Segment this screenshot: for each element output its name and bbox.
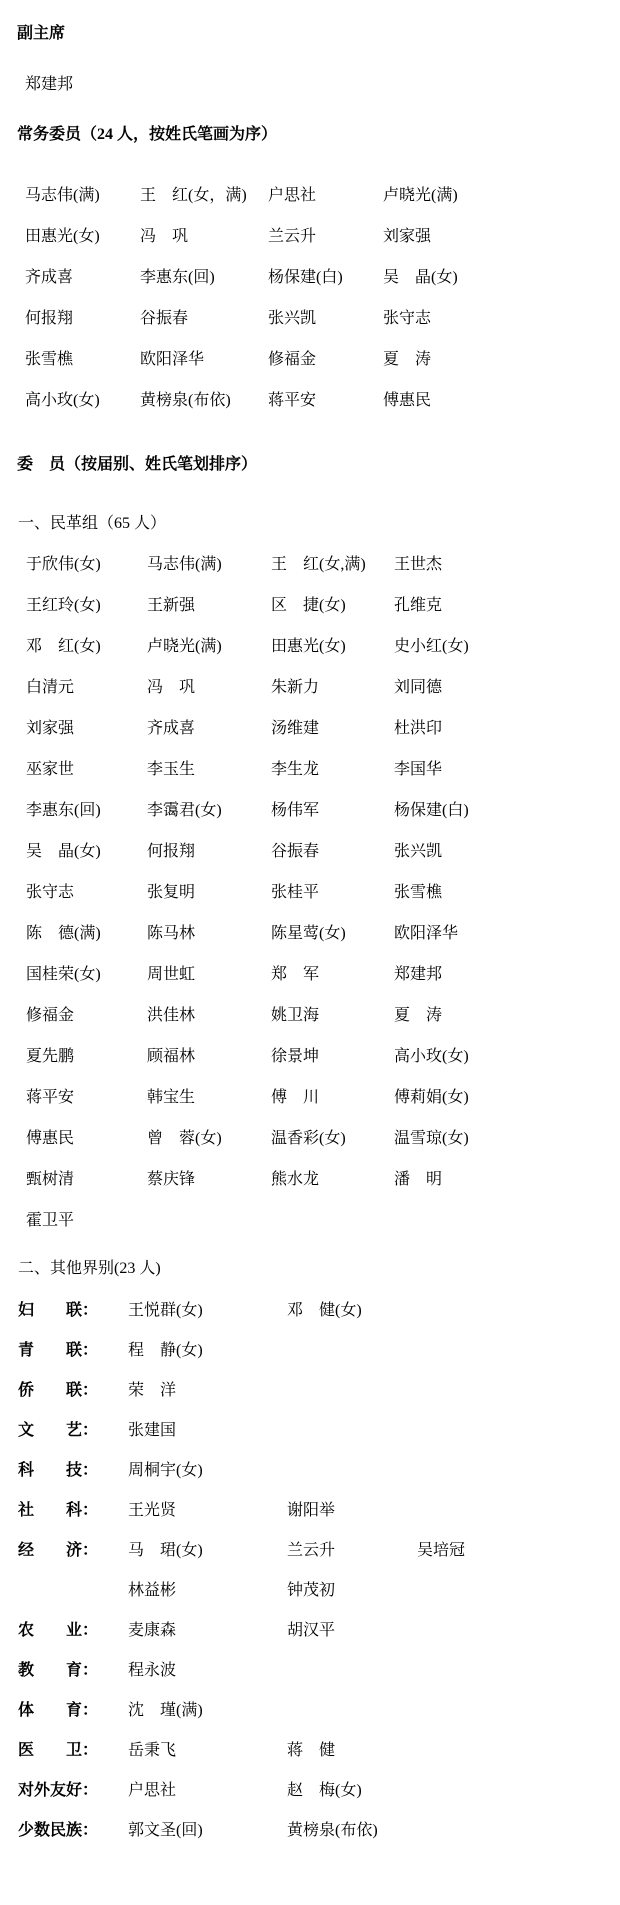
category-row: 农 业：麦康森胡汉平 [18, 1611, 620, 1651]
category-label: 科 技： [18, 1451, 128, 1491]
member-row: 吴 晶(女)何报翔谷振春张兴凯 [26, 831, 620, 872]
other-groups-list: 妇 联：王悦群(女)邓 健(女)青 联：程 静(女)侨 联：荣 洋文 艺：张建国… [0, 1291, 620, 1905]
member-name: 钟茂初 [287, 1571, 417, 1611]
category-label: 少数民族： [18, 1811, 128, 1851]
member-name: 程永波 [128, 1651, 287, 1691]
member-row: 国桂荣(女)周世虹郑 军郑建邦 [26, 954, 620, 995]
member-name [417, 1811, 620, 1851]
minge-group-list: 于欣伟(女)马志伟(满)王 红(女,满)王世杰王红玲(女)王新强区 捷(女)孔维… [0, 544, 620, 1241]
member-name: 巫家世 [26, 749, 147, 790]
member-name: 郑 军 [271, 954, 394, 995]
member-name: 冯 巩 [140, 216, 268, 257]
member-name: 高小玫(女) [394, 1036, 620, 1077]
member-name: 谷振春 [271, 831, 394, 872]
member-name: 洪佳林 [147, 995, 271, 1036]
member-row: 刘家强齐成喜汤维建杜洪印 [26, 708, 620, 749]
member-name: 张建国 [128, 1411, 287, 1451]
member-name: 兰云升 [268, 216, 383, 257]
member-name: 史小红(女) [394, 626, 620, 667]
member-name: 荣 洋 [128, 1371, 287, 1411]
member-name: 张桂平 [271, 872, 394, 913]
member-name: 赵 梅(女) [287, 1771, 417, 1811]
member-name: 白清元 [26, 667, 147, 708]
member-name: 沈 瑾(满) [128, 1691, 287, 1731]
member-row: 王红玲(女)王新强区 捷(女)孔维克 [26, 585, 620, 626]
member-row: 蒋平安韩宝生傅 川傅莉娟(女) [26, 1077, 620, 1118]
group1-title: 一、民革组（65 人） [18, 514, 620, 534]
member-name: 冯 巩 [147, 667, 271, 708]
member-row: 霍卫平 [26, 1200, 620, 1241]
member-name: 王世杰 [394, 544, 620, 585]
member-name: 国桂荣(女) [26, 954, 147, 995]
member-row: 巫家世李玉生李生龙李国华 [26, 749, 620, 790]
category-label: 体 育： [18, 1691, 128, 1731]
member-name: 卢晓光(满) [147, 626, 271, 667]
member-name: 王红玲(女) [26, 585, 147, 626]
category-label: 文 艺： [18, 1411, 128, 1451]
category-row: 文 艺：张建国 [18, 1411, 620, 1451]
member-name: 杨保建(白) [394, 790, 620, 831]
member-name: 马志伟(满) [25, 175, 140, 216]
member-name: 修福金 [268, 339, 383, 380]
category-label: 农 业： [18, 1611, 128, 1651]
member-name: 谢阳举 [287, 1491, 417, 1531]
member-name: 何报翔 [147, 831, 271, 872]
member-name [287, 1691, 417, 1731]
member-name: 王 红(女,满) [271, 544, 394, 585]
member-name [417, 1411, 620, 1451]
member-name [287, 1411, 417, 1451]
category-row: 医 卫：岳秉飞蒋 健 [18, 1731, 620, 1771]
member-name: 李玉生 [147, 749, 271, 790]
category-label: 侨 联： [18, 1371, 128, 1411]
member-name: 马志伟(满) [147, 544, 271, 585]
member-name: 张雪樵 [25, 339, 140, 380]
member-name: 熊水龙 [271, 1159, 394, 1200]
member-name: 修福金 [26, 995, 147, 1036]
member-name [147, 1200, 271, 1241]
category-row: 青 联：程 静(女) [18, 1331, 620, 1371]
member-name: 高小玫(女) [25, 380, 140, 421]
member-name: 田惠光(女) [271, 626, 394, 667]
member-name: 吴 晶(女) [383, 257, 620, 298]
member-name [417, 1331, 620, 1371]
category-row: 社 科：王光贤谢阳举 [18, 1491, 620, 1531]
member-name: 刘家强 [26, 708, 147, 749]
member-name: 欧阳泽华 [394, 913, 620, 954]
member-name: 张雪樵 [394, 872, 620, 913]
member-name: 夏 涛 [394, 995, 620, 1036]
vice-chairman-name: 郑建邦 [25, 75, 620, 95]
members-heading: 委 员（按届别、姓氏笔划排序） [17, 455, 620, 475]
member-name: 胡汉平 [287, 1611, 417, 1651]
category-label: 妇 联： [18, 1291, 128, 1331]
member-name: 夏 涛 [383, 339, 620, 380]
category-row: 教 育：程永波 [18, 1651, 620, 1691]
member-name: 齐成喜 [25, 257, 140, 298]
member-name: 区 捷(女) [271, 585, 394, 626]
member-row: 田惠光(女)冯 巩兰云升刘家强 [25, 216, 620, 257]
member-name: 李霭君(女) [147, 790, 271, 831]
member-name: 孔维克 [394, 585, 620, 626]
member-name: 邓 健(女) [287, 1291, 417, 1331]
category-row: 林益彬钟茂初 [18, 1571, 620, 1611]
member-name [417, 1491, 620, 1531]
member-name: 黄榜泉(布依) [140, 380, 268, 421]
member-name: 黄榜泉(布依) [287, 1811, 417, 1851]
member-name: 邓 红(女) [26, 626, 147, 667]
member-name: 麦康森 [128, 1611, 287, 1651]
member-name: 林益彬 [128, 1571, 287, 1611]
member-row: 邓 红(女)卢晓光(满)田惠光(女)史小红(女) [26, 626, 620, 667]
member-name: 李惠东(回) [26, 790, 147, 831]
member-name: 卢晓光(满) [383, 175, 620, 216]
member-name: 李国华 [394, 749, 620, 790]
member-name [394, 1200, 620, 1241]
member-name: 夏先鹏 [26, 1036, 147, 1077]
member-name: 郭文圣(回) [128, 1811, 287, 1851]
category-row: 科 技：周桐宇(女) [18, 1451, 620, 1491]
category-label: 教 育： [18, 1651, 128, 1691]
member-name [417, 1611, 620, 1651]
member-name: 户思社 [268, 175, 383, 216]
member-name: 何报翔 [25, 298, 140, 339]
category-row: 少数民族：郭文圣(回)黄榜泉(布依) [18, 1811, 620, 1851]
member-name: 张兴凯 [394, 831, 620, 872]
member-name: 李惠东(回) [140, 257, 268, 298]
member-name: 傅 川 [271, 1077, 394, 1118]
category-label: 青 联： [18, 1331, 128, 1371]
member-row: 夏先鹏顾福林徐景坤高小玫(女) [26, 1036, 620, 1077]
member-name [417, 1731, 620, 1771]
category-row: 经 济：马 珺(女)兰云升吴培冠 [18, 1531, 620, 1571]
member-row: 于欣伟(女)马志伟(满)王 红(女,满)王世杰 [26, 544, 620, 585]
member-name: 王 红(女，满) [140, 175, 268, 216]
member-name: 王悦群(女) [128, 1291, 287, 1331]
member-name: 姚卫海 [271, 995, 394, 1036]
category-row: 侨 联：荣 洋 [18, 1371, 620, 1411]
document: 副主席 郑建邦 常务委员（24 人，按姓氏笔画为序） 马志伟(满)王 红(女，满… [0, 0, 620, 1905]
category-label: 医 卫： [18, 1731, 128, 1771]
member-row: 张雪樵欧阳泽华修福金夏 涛 [25, 339, 620, 380]
member-name: 蔡庆锋 [147, 1159, 271, 1200]
member-name: 马 珺(女) [128, 1531, 287, 1571]
category-label [18, 1571, 128, 1611]
member-name: 张兴凯 [268, 298, 383, 339]
member-name: 周桐宇(女) [128, 1451, 287, 1491]
member-name [417, 1571, 620, 1611]
member-name: 兰云升 [287, 1531, 417, 1571]
member-name: 傅惠民 [26, 1118, 147, 1159]
member-name: 温香彩(女) [271, 1118, 394, 1159]
member-name [417, 1291, 620, 1331]
member-name [417, 1371, 620, 1411]
member-row: 高小玫(女)黄榜泉(布依)蒋平安傅惠民 [25, 380, 620, 421]
member-name: 王新强 [147, 585, 271, 626]
member-name [287, 1651, 417, 1691]
member-name: 张复明 [147, 872, 271, 913]
member-name: 徐景坤 [271, 1036, 394, 1077]
member-name: 汤维建 [271, 708, 394, 749]
member-name: 张守志 [383, 298, 620, 339]
category-label: 经 济： [18, 1531, 128, 1571]
member-name [417, 1451, 620, 1491]
member-name [287, 1331, 417, 1371]
member-name: 曾 蓉(女) [147, 1118, 271, 1159]
member-name: 周世虹 [147, 954, 271, 995]
member-name: 刘同德 [394, 667, 620, 708]
member-name: 陈 德(满) [26, 913, 147, 954]
member-name: 程 静(女) [128, 1331, 287, 1371]
member-row: 修福金洪佳林姚卫海夏 涛 [26, 995, 620, 1036]
member-name [417, 1691, 620, 1731]
group2-title: 二、其他界别(23 人) [18, 1259, 620, 1279]
member-name: 杨伟军 [271, 790, 394, 831]
category-row: 妇 联：王悦群(女)邓 健(女) [18, 1291, 620, 1331]
member-name: 甄树清 [26, 1159, 147, 1200]
member-row: 李惠东(回)李霭君(女)杨伟军杨保建(白) [26, 790, 620, 831]
member-name [417, 1651, 620, 1691]
member-row: 张守志张复明张桂平张雪樵 [26, 872, 620, 913]
member-name: 田惠光(女) [25, 216, 140, 257]
member-row: 陈 德(满)陈马林陈星莺(女)欧阳泽华 [26, 913, 620, 954]
member-name: 齐成喜 [147, 708, 271, 749]
member-row: 傅惠民曾 蓉(女)温香彩(女)温雪琼(女) [26, 1118, 620, 1159]
member-name: 户思社 [128, 1771, 287, 1811]
member-name: 顾福林 [147, 1036, 271, 1077]
member-name: 岳秉飞 [128, 1731, 287, 1771]
member-name: 傅莉娟(女) [394, 1077, 620, 1118]
member-row: 齐成喜李惠东(回)杨保建(白)吴 晶(女) [25, 257, 620, 298]
standing-committee-heading: 常务委员（24 人，按姓氏笔画为序） [17, 125, 620, 145]
member-name: 韩宝生 [147, 1077, 271, 1118]
member-name: 霍卫平 [26, 1200, 147, 1241]
member-name: 吴 晶(女) [26, 831, 147, 872]
member-name: 蒋平安 [26, 1077, 147, 1118]
member-name: 温雪琼(女) [394, 1118, 620, 1159]
member-name: 朱新力 [271, 667, 394, 708]
member-name [287, 1451, 417, 1491]
category-row: 体 育：沈 瑾(满) [18, 1691, 620, 1731]
member-name: 张守志 [26, 872, 147, 913]
member-name: 欧阳泽华 [140, 339, 268, 380]
member-name: 郑建邦 [394, 954, 620, 995]
member-name [287, 1371, 417, 1411]
member-row: 马志伟(满)王 红(女，满)户思社卢晓光(满) [25, 175, 620, 216]
member-name: 于欣伟(女) [26, 544, 147, 585]
member-name: 刘家强 [383, 216, 620, 257]
member-name [271, 1200, 394, 1241]
member-name: 杜洪印 [394, 708, 620, 749]
member-name: 蒋平安 [268, 380, 383, 421]
member-name: 潘 明 [394, 1159, 620, 1200]
standing-committee-list: 马志伟(满)王 红(女，满)户思社卢晓光(满)田惠光(女)冯 巩兰云升刘家强齐成… [0, 175, 620, 421]
member-name: 蒋 健 [287, 1731, 417, 1771]
vice-chairman-heading: 副主席 [17, 24, 620, 44]
member-row: 白清元冯 巩朱新力刘同德 [26, 667, 620, 708]
category-label: 社 科： [18, 1491, 128, 1531]
member-name: 王光贤 [128, 1491, 287, 1531]
member-name: 李生龙 [271, 749, 394, 790]
member-row: 何报翔谷振春张兴凯张守志 [25, 298, 620, 339]
category-label: 对外友好： [18, 1771, 128, 1811]
category-row: 对外友好：户思社赵 梅(女) [18, 1771, 620, 1811]
member-name: 吴培冠 [417, 1531, 620, 1571]
member-name: 傅惠民 [383, 380, 620, 421]
member-name: 陈星莺(女) [271, 913, 394, 954]
member-name: 杨保建(白) [268, 257, 383, 298]
member-row: 甄树清蔡庆锋熊水龙潘 明 [26, 1159, 620, 1200]
member-name [417, 1771, 620, 1811]
member-name: 谷振春 [140, 298, 268, 339]
member-name: 陈马林 [147, 913, 271, 954]
